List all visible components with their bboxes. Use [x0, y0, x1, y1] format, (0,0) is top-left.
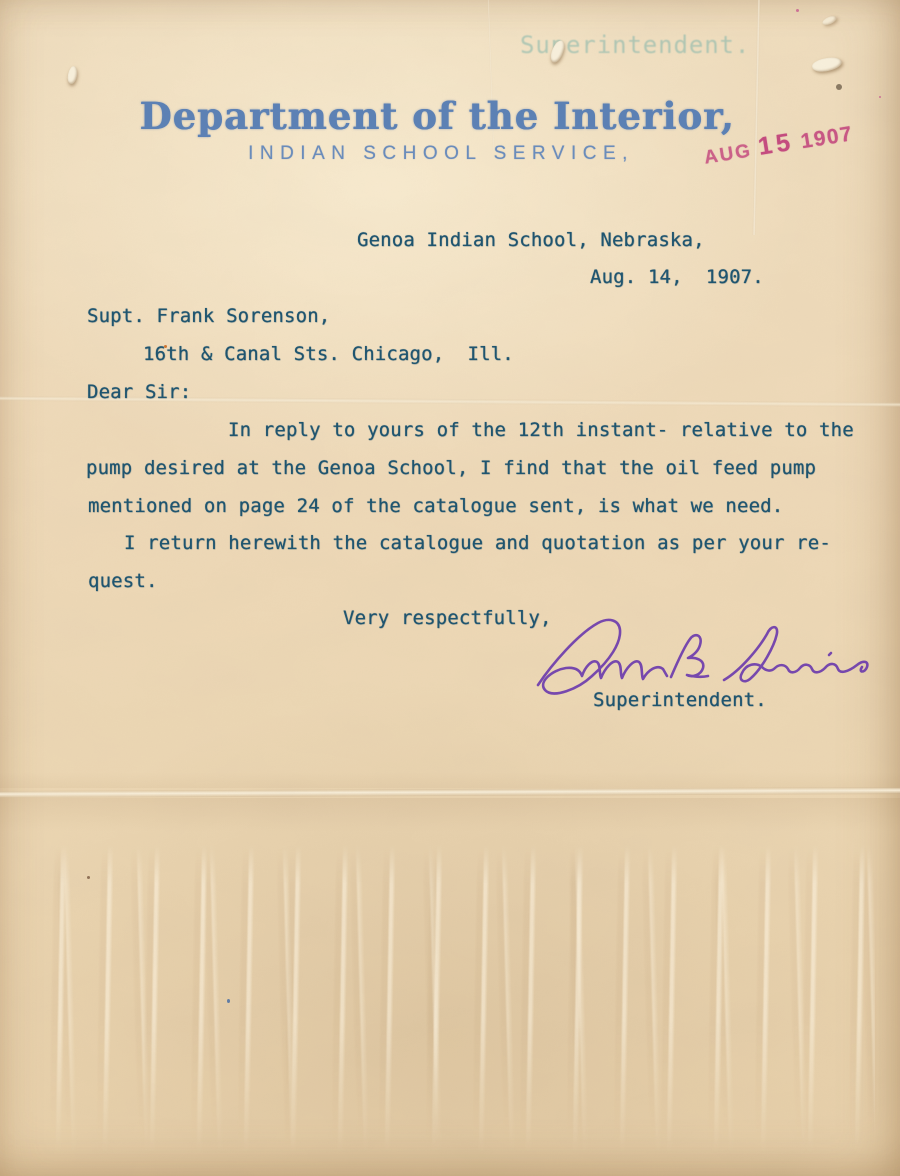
- paper-wrinkles: [35, 845, 875, 1165]
- orange-speck: [164, 345, 167, 348]
- paper-tear-top-right: [811, 55, 843, 74]
- stamp-month: AUG: [703, 140, 754, 169]
- magenta-speck: [796, 9, 799, 12]
- letter-page: Superintendent. Department of the Interi…: [0, 0, 900, 1176]
- fold-crease-main: [0, 787, 900, 798]
- body-line: In reply to yours of the 12th instant- r…: [228, 417, 854, 443]
- recipient-address-line: 16th & Canal Sts. Chicago, Ill.: [143, 341, 514, 367]
- letterhead-service: INDIAN SCHOOL SERVICE,: [248, 143, 634, 165]
- salutation: Dear Sir:: [87, 379, 191, 405]
- stamp-year: 1907: [799, 122, 855, 154]
- magenta-speck: [879, 96, 881, 98]
- fold-shadow-above: [0, 772, 900, 788]
- staple-hole-top-left: [66, 65, 79, 84]
- body-line: quest.: [88, 568, 158, 594]
- paper-scuff-top-right: [821, 14, 838, 26]
- closing-line: Very respectfully,: [343, 605, 552, 631]
- fold-shadow-below: [0, 798, 900, 832]
- blue-speck: [227, 999, 230, 1003]
- body-line: pump desired at the Genoa School, I find…: [86, 455, 816, 481]
- dark-speck: [836, 84, 842, 90]
- body-line: mentioned on page 24 of the catalogue se…: [88, 493, 783, 519]
- body-line: I return herewith the catalogue and quot…: [124, 530, 831, 556]
- signature: Wm B Davis: [530, 612, 882, 706]
- place-line: Genoa Indian School, Nebraska,: [357, 227, 705, 253]
- recipient-name-line: Supt. Frank Sorenson,: [87, 303, 330, 329]
- letterhead-department: Department of the Interior,: [139, 94, 734, 138]
- stamp-day: 15: [756, 128, 796, 162]
- vertical-crease-right: [753, 0, 761, 235]
- date-line: Aug. 14, 1907.: [590, 264, 764, 290]
- dark-speck: [87, 876, 90, 879]
